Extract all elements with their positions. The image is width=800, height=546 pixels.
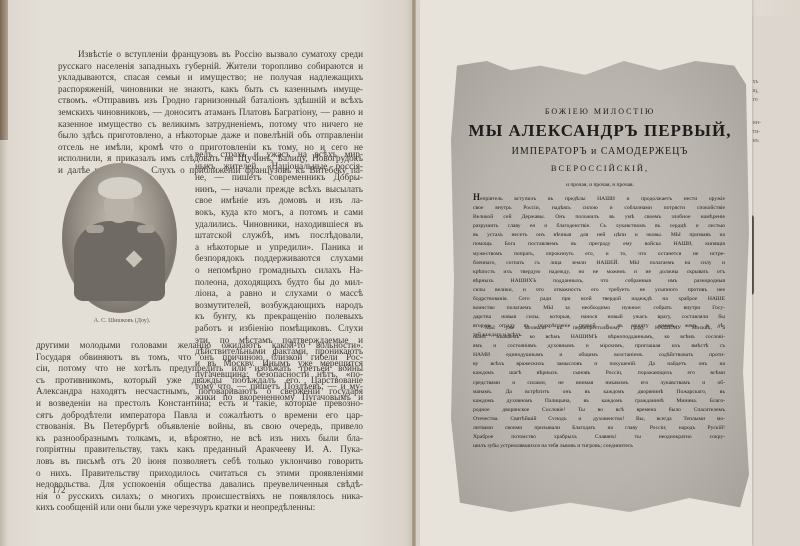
text-line: нынѣ взываемъ ко всѣмъ НАШИМЪ вѣрноподда… [473,333,725,342]
text-line: манамъ. Да встрѣтитъ онъ въ каждомъ двор… [473,388,725,397]
manifesto-emperor-line: ИМПЕРАТОРЪ и САМОДЕРЖЕЦЪ [451,146,749,157]
text-line: нинъ, — начали прежде всѣхъ высылать [195,184,363,196]
text-line: велъ страхъ и ужасъ на всѣхъ мир- [195,149,363,161]
text-line: средствами и силами, не внимая никакимъ … [473,379,725,388]
text-line: Непріятель вступилъ въ предѣлы НАШИ и пр… [473,193,725,204]
text-line: въ устахъ несетъ онъ вѣчныя для ней цѣпи… [473,231,725,240]
text-line: распоряженій, чиновники не знаютъ, какъ … [58,84,363,96]
text-line: Александра находятъ несчастнымъ, поговар… [36,386,363,398]
text-line: каждомъ духовномъ Палицына, въ каждомъ г… [473,397,725,406]
text-line: крѣпость ихъ твердую надежду, но не може… [473,268,725,277]
manifesto-grace-line: БОЖІЕЮ МИЛОСТІЮ [451,107,749,116]
text-line: русскаго населенія западныхъ губерній. Ж… [58,61,363,73]
portrait-hair [98,177,142,199]
portrait-coat [74,221,165,301]
text-line: нія о русскихъ силахъ; о многихъ происше… [36,491,363,503]
text-line: ныхъ жителей. «Національные россія- [195,161,363,173]
text-line: Храброе потомство храбрыхъ Славянъ! ты н… [473,433,725,442]
text-line: къ разнообразнымъ толкамъ, и, вѣроятно, … [36,433,363,445]
page-number: 172 [52,485,66,495]
text-line: другими молодыми головами желанію ожидаю… [36,340,363,352]
text-line: кихъ сообщеній или они были уже черезчур… [36,502,363,514]
text-line: бленнаго, согнать съ лица земли НАШЕЙ. М… [473,259,725,268]
portrait-caption: А. С. Шишковъ (Доу). [62,318,182,324]
text-line: не, — пишетъ современникъ Добры- [195,172,363,184]
manifesto-content: БОЖІЕЮ МИЛОСТІЮ МЫ АЛЕКСАНДРЪ ПЕРВЫЙ, ИМ… [451,47,749,512]
text-line: безпорядокъ поддерживаются слухами [195,253,363,265]
text-line: ствованія. Въ Петербургѣ объявленіе войн… [36,421,363,433]
text-line: каждомъ шагѣ вѣрныхъ сыновъ Россіи, пора… [473,369,725,378]
portrait-epaulette-left [86,225,104,233]
text-line: укладываются, спасая семьи и имущество; … [58,72,363,84]
text-line: о непомѣрно громадныхъ силахъ На- [195,265,363,277]
text-line: ву всѣхъ вражескихъ замысловъ и покушені… [473,360,725,369]
text-line: ліона, а равно и слухами о массѣ [195,288,363,300]
manifesto-etc-line: и прочая, и прочая, и прочая. [451,182,749,188]
text-line: къ бунту, къ прекращенію полевыхъ [195,311,363,323]
text-line: родное дворянское Сословіе! Ты во всѣ вр… [473,406,725,415]
text-line: ствомъ. «Отправивъ изъ Гродно гарнизонны… [58,95,363,107]
text-line: ловъ въ письмѣ отъ 20 іюня позволяетъ се… [36,456,363,468]
text-line: и возведеніи на престолъ Константина; ес… [36,398,363,410]
text-line: Извѣстіе о вступленіи французовъ въ Росс… [58,49,363,61]
manifesto-title: МЫ АЛЕКСАНДРЪ ПЕРВЫЙ, [451,121,749,141]
portrait-engraving [62,163,177,313]
manifesto-paragraph-2: МЫ уже воззвали къ первопрестольному Гра… [473,324,725,451]
text-line: казенное имущество съ великимъ затруднен… [58,119,363,131]
text-line: полеона, доходящихъ будто бы до мил- [195,277,363,289]
text-line: литвами своими призывали Благодать на гл… [473,424,725,433]
text-line: а нѣкоторые и упредили». Паника и [195,242,363,254]
text-line: дарства новыя силы, которыя, нанося новы… [473,313,725,322]
manifesto-paragraph-1: Непріятель вступилъ въ предѣлы НАШИ и пр… [473,193,725,341]
text-line: ямъ и состояніямъ духовнымъ и мірскимъ, … [473,342,725,351]
text-line: сятъ добродѣтели императора Павла и сожа… [36,410,363,422]
text-line: возмутителей, возбуждающихъ народъ [195,300,363,312]
text-line: свое имѣніе изъ домовъ и изъ ла- [195,195,363,207]
text-line: работъ и избіенію помѣщиковъ. Слухи [195,323,363,335]
text-line: мужествомъ попрать, опрокинуть его, и то… [473,250,725,259]
bottom-paragraph: другими молодыми головами желанію ожидаю… [36,340,363,514]
text-line: недовольства. Для успокоенія общества да… [36,479,363,491]
text-line: штатской службѣ, имъ послѣдовали, [195,230,363,242]
text-line: Государя обвиняютъ въ томъ, что онъ прич… [36,352,363,364]
text-line: помощь Бога поставляемъ въ преграду ему … [473,240,725,249]
text-line: было здѣсь приготовлено, а нѣкоторые даж… [58,130,363,142]
text-line: вѣрныхъ НАШИХЪ подданныхъ, что собранныя… [473,277,725,286]
left-book-edge [0,0,8,140]
portrait-epaulette-right [137,225,155,233]
text-line: свое внутрь Россіи, надѣясь силою и собл… [473,204,725,213]
manifesto-all-russia-line: ВСЕРОССІЙСКІЙ, [451,163,749,173]
text-line: силы велики, и что отважность его требуе… [473,286,725,295]
text-line: МЫ уже воззвали къ первопрестольному Гра… [473,324,725,333]
text-line: бодрствованія. Сего ради при всей твердо… [473,295,725,304]
text-line: воинство полагаемъ МЫ за необходимо нужн… [473,304,725,313]
text-line: гопріятны правительству, такъ какъ преда… [36,444,363,456]
text-line: о нихъ. Правительству приходилось считат… [36,468,363,480]
text-line: съ противникомъ, который уже дважды побѣ… [36,375,363,387]
text-line: шилъ зубы устремлявшихся на тебя львовъ … [473,442,725,451]
text-line: удалились. Чиновники, находившіеся въ [195,219,363,231]
text-line: сіи, потому что не хотѣлъ предупредить и… [36,363,363,375]
text-line: Отечества. Святѣйшій Сѵнодъ и духовенств… [473,415,725,424]
text-line: разрушить славу ея и благоденствіе. Съ л… [473,222,725,231]
text-line: земскихъ чиновниковъ, — доноситъ атаманъ… [58,107,363,119]
text-line: НАМИ единодушнымъ и общимъ возстаніемъ с… [473,351,725,360]
text-line: Великой сей Державы. Онъ положилъ въ умѣ… [473,213,725,222]
text-line: вокъ, куда кто могъ, а потомъ и сами [195,207,363,219]
